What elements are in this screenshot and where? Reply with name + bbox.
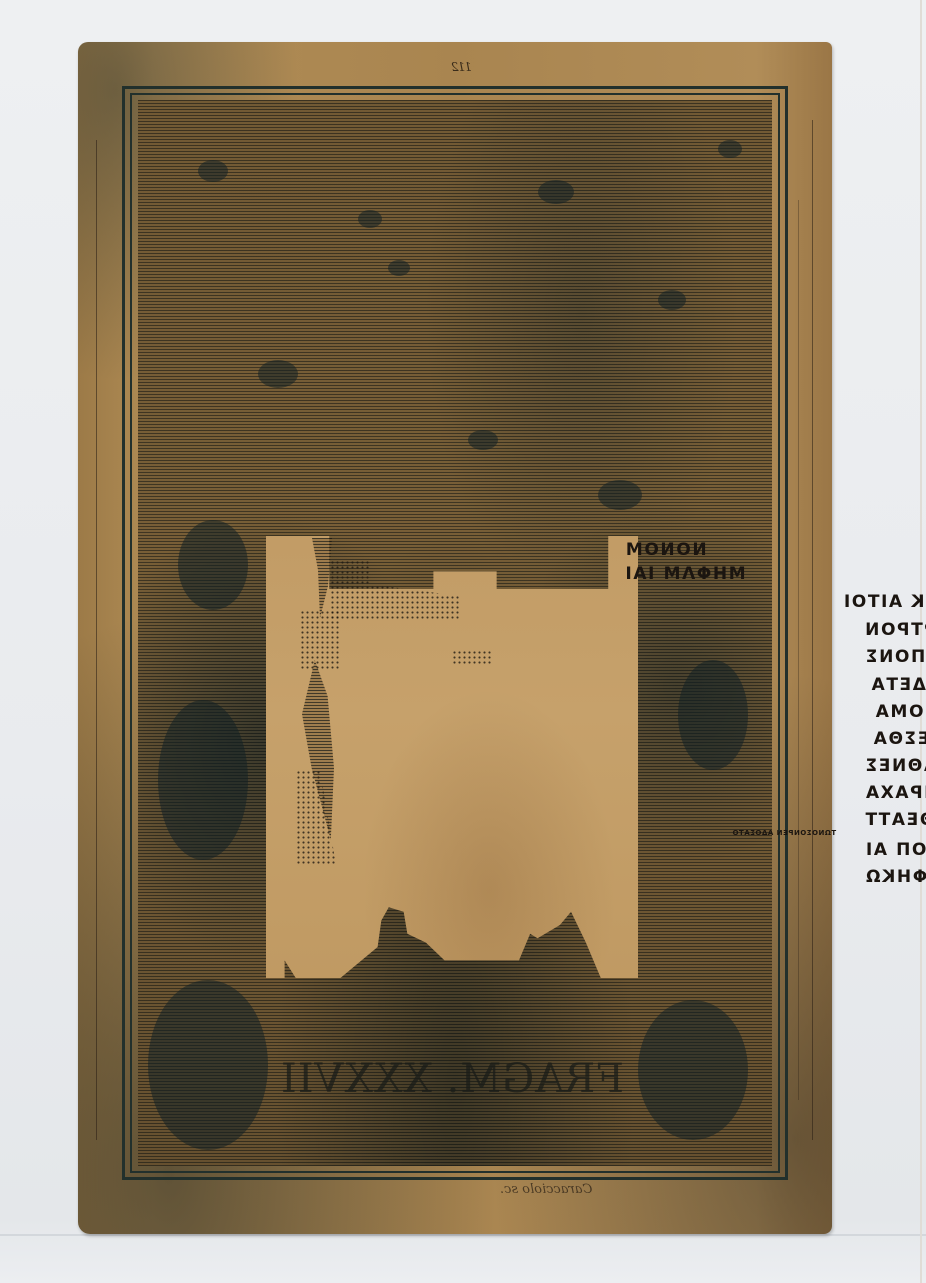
plate-number: 112 — [452, 60, 472, 74]
papyrus-line: ΜΗΦΛΜ ΙΑΙ — [624, 564, 746, 584]
table-edge — [0, 1234, 926, 1236]
margin-rule-right — [812, 120, 813, 1140]
backdrop-edge — [920, 0, 922, 1283]
ink-blot — [198, 160, 228, 182]
papyrus-line: ΝΟΝΟΜ — [624, 540, 706, 560]
papyrus-line: ΦΑΝΕΝΤΑΡΟΤΔΘΝΕΣ — [864, 756, 926, 776]
fragment-title: FRAGM. XXXVII — [232, 1056, 672, 1102]
papyrus-line: ΧΑΡΙΣΚΑΙΤΟΣΕΦΗΚΩ — [864, 867, 926, 887]
papyrus-line: ΣΟΝΚΑΙΤΟΝΑΡΤΡΟΝ — [864, 620, 926, 640]
papyrus-line: ΤΟΥΚ ΑΙΤΟΙ — [842, 592, 926, 612]
ink-blot — [538, 180, 574, 204]
margin-rule-left — [96, 140, 97, 1140]
ink-blot — [358, 210, 382, 228]
papyrus-line: ΚΟΣΑΛΕΙΝ ΜΗΠΟΝΣ — [864, 647, 926, 667]
ink-blot — [158, 700, 248, 860]
engraver-signature: Caracciolo sc. — [500, 1182, 592, 1197]
papyrus-line: ΡΙΝΑΤΤΩΙΚΑΘΕΑΤΤ — [864, 810, 926, 830]
ink-blot — [658, 290, 686, 310]
papyrus-line: ΠΟΗΣΙΣΕΙΜΗ ΤΟΠ ΑΙ — [864, 840, 926, 860]
ink-blot — [468, 430, 498, 450]
ink-blot — [598, 480, 642, 510]
papyrus-line: ΤΙΝΟΤΔΕΑΛΜΠΡΑΧΑ — [864, 783, 926, 803]
stipple-damage-mid — [452, 650, 492, 664]
ink-blot — [178, 520, 248, 610]
ink-blot — [718, 140, 742, 158]
ink-blot — [258, 360, 298, 388]
papyrus-line: ΑΛΛΑΚΕΚΡΑΓΑΜΑΔΕΤΑ — [870, 675, 926, 695]
papyrus-line: ΦΑΝΟΤΗΣΙΤΩΝΟΝΟΜΑ — [874, 702, 926, 722]
margin-rule-right-2 — [798, 200, 799, 1100]
papyrus-line: ΤΩΙΛΑΛΜΙΤΡΥΝΕΣΘΑ — [872, 729, 926, 749]
stipple-damage-left — [300, 610, 340, 670]
ink-blot — [678, 660, 748, 770]
papyrus-interlinear-note: ΤΩΝΟΣΟΝΡΕΝ ΑΔΟΣΑΤΟ — [732, 829, 836, 837]
ink-blot — [388, 260, 410, 276]
